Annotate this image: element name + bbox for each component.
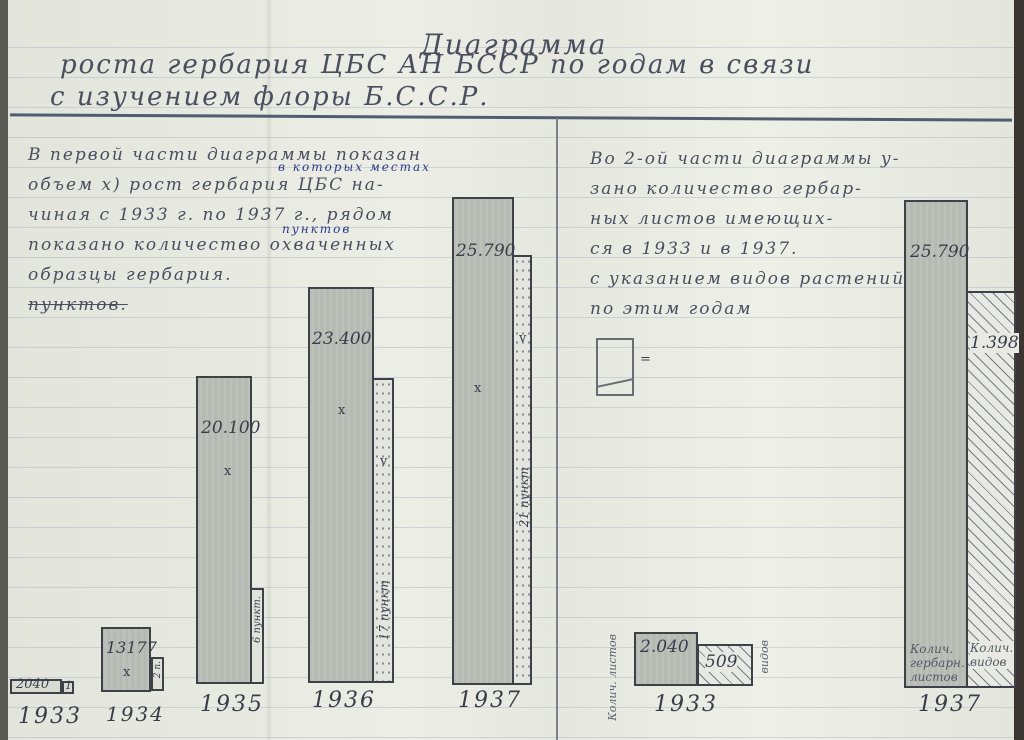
legend-sample-mark: = bbox=[640, 352, 651, 367]
section-divider bbox=[556, 118, 558, 740]
legend-sample-box bbox=[596, 338, 634, 396]
bar-1933-species-right: 509 bbox=[697, 644, 753, 686]
bar-1937-sheets-right: 25.790 Колич. гербарн. листов bbox=[904, 200, 968, 688]
bar-1933-sheets-right: 2.040 bbox=[634, 632, 698, 686]
x-marker: x bbox=[224, 464, 231, 479]
bar-1933-points: 1 bbox=[62, 681, 74, 694]
year-label-1933-right: 1933 bbox=[654, 692, 718, 717]
year-label-1935: 1935 bbox=[200, 692, 264, 717]
bar-1935-sheets: 20.100 x bbox=[196, 376, 252, 684]
bar-1937-points: v 21 пункт bbox=[512, 255, 532, 685]
points-label: 1 bbox=[65, 679, 72, 692]
x-marker: x bbox=[123, 665, 130, 680]
year-label-1936: 1936 bbox=[312, 688, 376, 713]
bar-1934-points: 2 п. bbox=[151, 657, 164, 691]
struck-word: пунктов. bbox=[28, 290, 128, 320]
points-label: 2 п. bbox=[153, 661, 163, 678]
points-label: 6 пункт. bbox=[252, 596, 263, 643]
bar-value: 25.790 bbox=[910, 242, 969, 262]
year-label-1937: 1937 bbox=[458, 688, 522, 713]
points-label: 17 пункт bbox=[377, 580, 391, 640]
year-label-1937-right: 1937 bbox=[918, 692, 982, 717]
bar-1934-sheets: 13177 x bbox=[101, 627, 151, 692]
v-marker: v bbox=[519, 331, 526, 346]
year-label-1934: 1934 bbox=[106, 702, 165, 726]
bar-value: 509 bbox=[705, 652, 737, 672]
notebook-binding bbox=[0, 0, 8, 740]
x-marker: x bbox=[474, 381, 481, 396]
bar-1936-points: v 17 пункт bbox=[372, 378, 394, 683]
bar-1937-species-right: 1.398 Колич. видов bbox=[966, 291, 1016, 688]
year-label-1933: 1933 bbox=[18, 704, 82, 729]
points-label: 21 пункт bbox=[517, 467, 531, 527]
bar-value: 1.398 bbox=[970, 333, 1019, 353]
bar-1936-sheets: 23.400 x bbox=[308, 287, 374, 683]
chart-title-line-3: с изучением флоры Б.С.С.Р. bbox=[50, 82, 490, 112]
sheets-legend-label: Колич. гербарн. листов bbox=[910, 642, 968, 684]
bar-1933-sheets: 2040 bbox=[10, 679, 62, 694]
chart-title-line-2: роста гербария ЦБС АН БССР по годам в св… bbox=[60, 50, 814, 80]
right-description: Во 2-ой части диаграммы у- зано количест… bbox=[590, 144, 905, 324]
bar-value: 23.400 bbox=[312, 329, 371, 349]
species-legend-label: Колич. видов bbox=[970, 641, 1014, 669]
bar-value: 2040 bbox=[16, 677, 49, 692]
left-insert-note-2: пунктов bbox=[282, 222, 351, 236]
bar-value: 2.040 bbox=[640, 637, 689, 657]
v-marker: v bbox=[380, 454, 387, 469]
sheets-axis-label: Колич. листов bbox=[606, 634, 619, 721]
bar-value: 13177 bbox=[106, 638, 157, 657]
bar-value: 25.790 bbox=[456, 241, 515, 261]
bar-value: 20.100 bbox=[201, 418, 260, 438]
x-marker: x bbox=[338, 403, 345, 418]
left-insert-note: в которых местах bbox=[278, 160, 431, 174]
species-axis-label: видов bbox=[758, 640, 771, 673]
bar-1935-points: 6 пункт. bbox=[250, 588, 264, 684]
bar-1937-sheets: 25.790 x bbox=[452, 197, 514, 685]
